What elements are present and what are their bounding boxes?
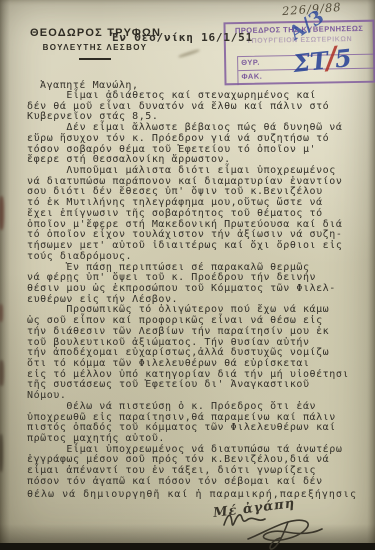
typed-line: θέλω νά δημιουργηθῆ καί ἡ παραμικρή,παρε… bbox=[27, 490, 357, 501]
scan-artifact bbox=[0, 304, 3, 322]
dateline: Ἐν Θεσ/νίκη 16/1/51 bbox=[112, 31, 253, 44]
scan-artifact bbox=[0, 360, 4, 386]
scan-artifact bbox=[0, 196, 4, 230]
scan-artifact bbox=[178, 49, 200, 59]
signature-scribble bbox=[218, 505, 338, 550]
scanned-letter-page: ΘΕΟΔΩΡΟΣ ΤΡΥΦΩΝ ΒΟΥΛΕΥΤΗΣ ΛΕΣΒΟΥ Ἐν Θεσ/… bbox=[0, 0, 375, 550]
filing-entry-left: ΣΤ bbox=[292, 45, 330, 77]
typed-line: εὕρω ἥσυχον τόν κ. Πρόεδρον γιά νά συζητ… bbox=[27, 134, 357, 145]
typed-line: τῆς συστάσεως τοῦ Ἐφετείου δι' Ἀναγκαστι… bbox=[27, 380, 357, 391]
typed-line: τούς διαδρόμους. bbox=[27, 252, 357, 263]
scan-artifact bbox=[0, 434, 3, 472]
body-lines: Εἶμαι ἀδιάθετος καί στεναχωρημένος καίδέ… bbox=[27, 91, 357, 500]
typed-line: Θέλω νά πιστεύσῃ ὁ κ. Πρόεδρος ὅτι ἐάν bbox=[27, 402, 357, 413]
filing-entry-right: 5 bbox=[333, 43, 353, 74]
typed-line: τήν διάθεσιν τῶν Λεσβίων τήν παραίτησίν … bbox=[27, 327, 357, 338]
sender-title: ΒΟΥΛΕΥΤΗΣ ΛΕΣΒΟΥ bbox=[30, 43, 160, 52]
typed-line: πόσον τόν ἀγαπῶ καί πόσον τόν σέβομαι κα… bbox=[27, 477, 357, 488]
filing-entry-annotation: ΣΤ/5 bbox=[291, 39, 353, 80]
letterhead-rule bbox=[79, 58, 111, 60]
